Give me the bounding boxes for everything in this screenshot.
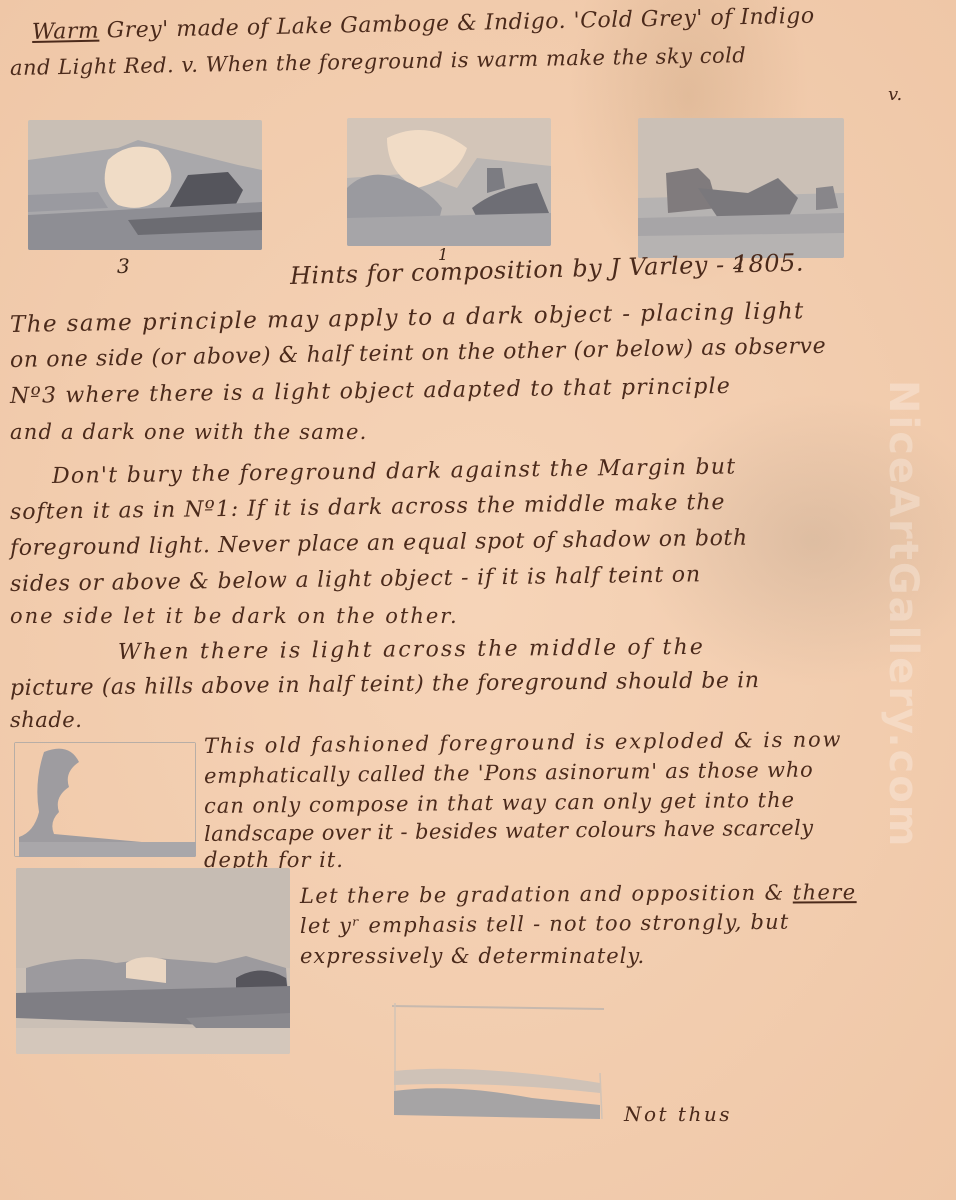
p5-line-1-text: Let there be gradation and opposition & <box>300 881 793 908</box>
watercolour-sketch-not-thus <box>392 1003 604 1119</box>
p4-line-2: emphatically called the 'Pons asinorum' … <box>204 758 814 788</box>
p2-line-2: soften it as in Nº1: If it is dark acros… <box>10 490 726 525</box>
header-line-1: Warm Grey' made of Lake Gamboge & Indigo… <box>32 4 815 45</box>
p4-line-1: This old fashioned foreground is explode… <box>204 727 843 758</box>
p3-line-2: picture (as hills above in half teint) t… <box>10 668 760 701</box>
p3-line-3: shade. <box>10 708 82 732</box>
p1-line-2: on one side (or above) & half teint on t… <box>10 334 827 373</box>
sketch-3-label: 3 <box>117 254 130 278</box>
header-line-1-text: Grey' made of Lake Gamboge & Indigo. 'Co… <box>99 4 815 44</box>
p4-line-4: landscape over it - besides water colour… <box>204 816 814 846</box>
not-thus-label: Not thus <box>624 1102 732 1126</box>
p2-line-4: sides or above & below a light object - … <box>10 562 701 597</box>
caption-title: Hints for composition by J Varley - 1805… <box>290 249 805 290</box>
watermark: NiceArtGallery.com <box>880 380 926 848</box>
p2-line-1: Don't bury the foreground dark against t… <box>52 454 737 489</box>
p5-line-2: let yʳ emphasis tell - not too strongly,… <box>300 910 790 938</box>
watercolour-sketch-2 <box>638 118 844 258</box>
p4-line-3: can only compose in that way can only ge… <box>204 788 795 818</box>
p1-line-1: The same principle may apply to a dark o… <box>10 298 805 338</box>
p1-line-3: Nº3 where there is a light object adapte… <box>10 374 731 409</box>
p5-line-1: Let there be gradation and opposition & … <box>300 880 857 908</box>
p5-line-3: expressively & determinately. <box>300 944 645 968</box>
watercolour-sketch-old-foreground <box>14 742 196 857</box>
header-line-2: and Light Red. v. When the foreground is… <box>10 43 747 80</box>
watercolour-sketch-landscape <box>16 868 290 1054</box>
p3-line-1: When there is light across the middle of… <box>118 635 705 665</box>
header-mark: v. <box>888 84 903 105</box>
header-warm-underlined: Warm <box>32 19 100 45</box>
watercolour-sketch-3 <box>28 120 262 250</box>
p5-there-underlined: there <box>793 880 857 904</box>
p2-line-3: foreground light. Never place an equal s… <box>10 526 748 561</box>
p2-line-5: one side let it be dark on the other. <box>10 604 459 628</box>
watercolour-sketch-1 <box>347 118 551 246</box>
p1-line-4: and a dark one with the same. <box>10 420 368 444</box>
